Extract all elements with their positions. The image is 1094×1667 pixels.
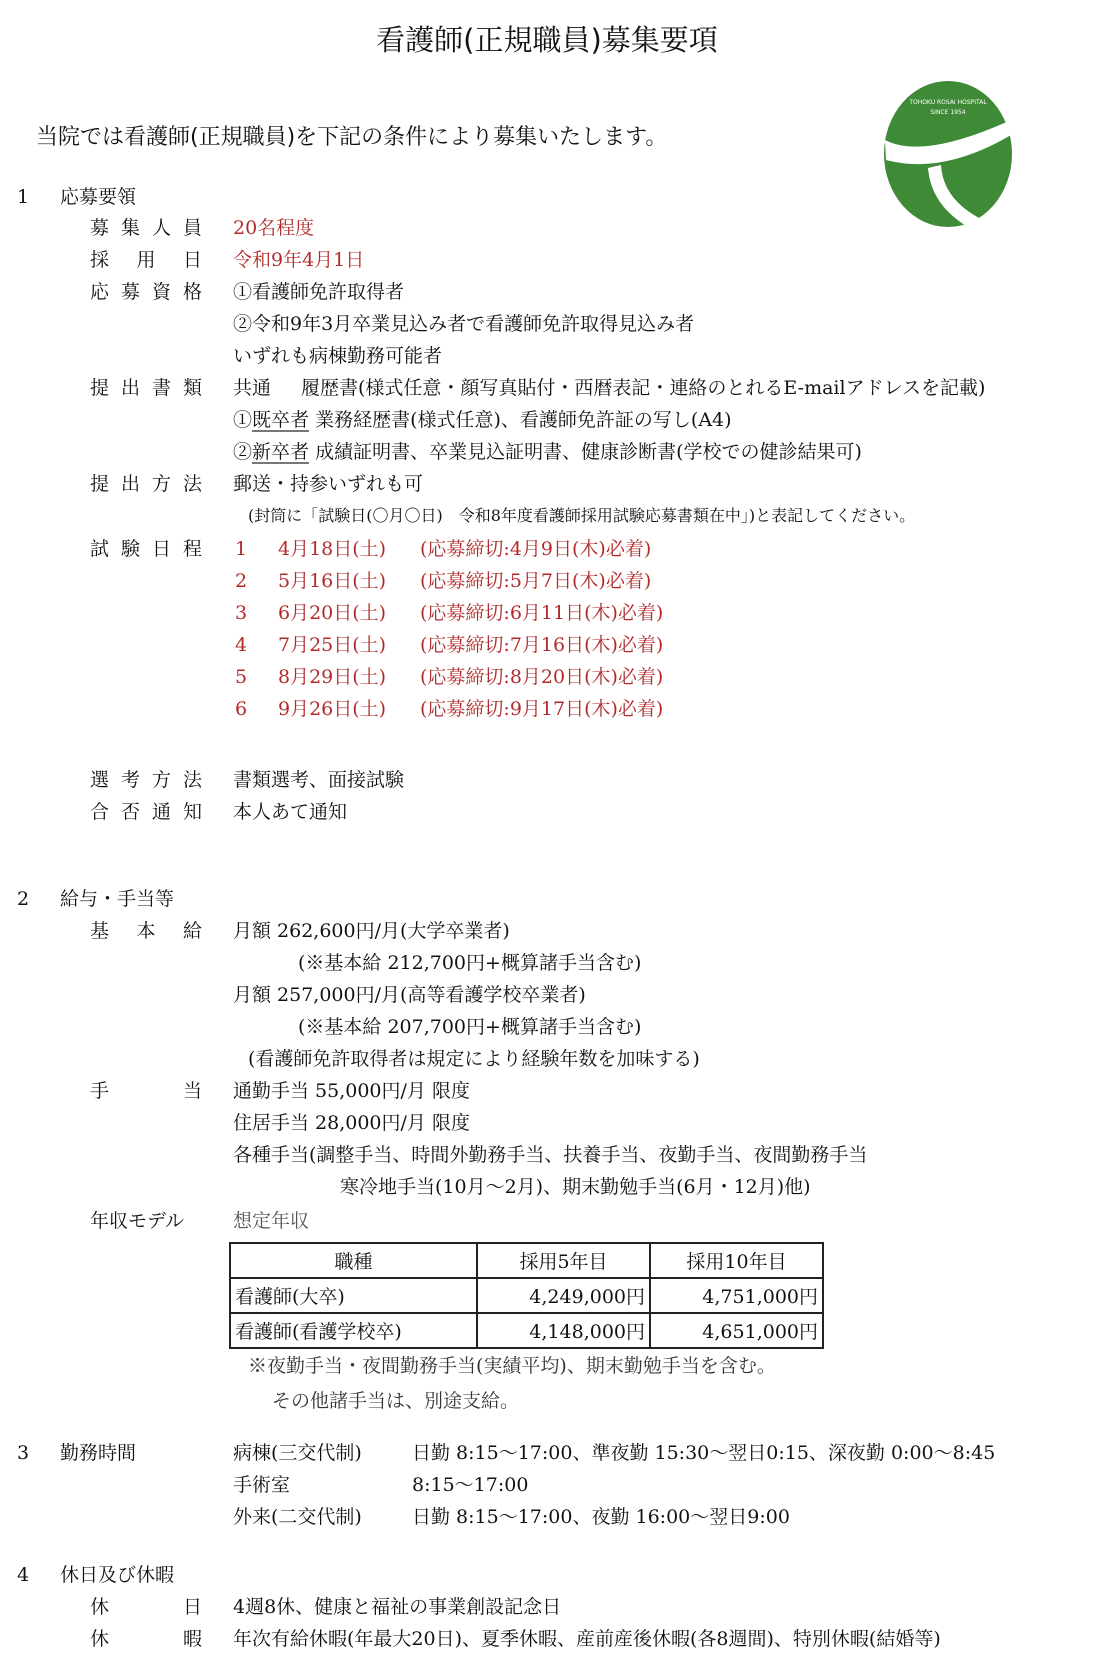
holiday-label: 休日 (90, 1598, 202, 1617)
section3-heading: 勤務時間 (60, 1444, 136, 1463)
holiday-value: 4週8休、健康と福祉の事業創設記念日 (233, 1598, 561, 1617)
exam-no: 6 (235, 700, 247, 719)
income-note: ※夜勤手当・夜間勤務手当(実績平均)、期末勤勉手当を含む。 (248, 1357, 776, 1376)
section2-heading: 給与・手当等 (60, 890, 174, 909)
table-header: 採用5年目 (477, 1243, 650, 1278)
exam-no: 1 (235, 540, 247, 559)
logo-text-line1: TOHOKU ROSAI HOSPITAL (883, 100, 1013, 106)
selection-label: 選考方法 (90, 771, 202, 790)
table-cell: 4,651,000円 (650, 1313, 823, 1348)
exam-date: 5月16日(土) (278, 572, 386, 591)
exam-date: 4月18日(土) (278, 540, 386, 559)
income-model-table: 職種 採用5年目 採用10年目 看護師(大卒) 4,249,000円 4,751… (229, 1242, 824, 1349)
documents-new-tag: 新卒者 (252, 441, 309, 463)
exam-no: 5 (235, 668, 247, 687)
work-hours: 日勤 8:15～17:00、準夜勤 15:30～翌日0:15、深夜勤 0:00～… (412, 1444, 995, 1463)
exam-date: 8月29日(土) (278, 668, 386, 687)
documents-common-text: 履歴書(様式任意・顔写真貼付・西暦表記・連絡のとれるE-mailアドレスを記載) (301, 377, 985, 399)
table-cell: 看護師(看護学校卒) (230, 1313, 477, 1348)
exam-deadline: (応募締切:9月17日(木)必着) (420, 700, 663, 719)
documents-experienced-text: 業務経歴書(様式任意)、看護師免許証の写し(A4) (315, 409, 731, 431)
exam-deadline: (応募締切:4月9日(木)必着) (420, 540, 651, 559)
income-model-caption: 想定年収 (233, 1212, 309, 1231)
qualification-item: ①看護師免許取得者 (233, 283, 404, 302)
leave-label: 休暇 (90, 1630, 202, 1649)
qualification-item: ②令和9年3月卒業見込み者で看護師免許取得見込み者 (233, 315, 694, 334)
work-unit: 手術室 (233, 1476, 290, 1495)
selection-value: 書類選考、面接試験 (233, 771, 404, 790)
logo-text-line2: SINCE 1954 (883, 110, 1013, 116)
exam-date: 9月26日(土) (278, 700, 386, 719)
documents-label: 提出書類 (90, 379, 202, 398)
documents-experienced-tag: 既卒者 (252, 409, 309, 431)
table-row: 看護師(大卒) 4,249,000円 4,751,000円 (230, 1278, 823, 1313)
intro-text: 当院では看護師(正規職員)を下記の条件により募集いたします。 (36, 127, 667, 149)
base-pay-line: (看護師免許取得者は規定により経験年数を加味する) (248, 1050, 700, 1069)
table-cell: 4,148,000円 (477, 1313, 650, 1348)
exam-date: 6月20日(土) (278, 604, 386, 623)
hospital-logo: TOHOKU ROSAI HOSPITAL SINCE 1954 (883, 80, 1013, 228)
documents-common: 共通履歴書(様式任意・顔写真貼付・西暦表記・連絡のとれるE-mailアドレスを記… (233, 379, 985, 398)
work-hours: 日勤 8:15～17:00、夜勤 16:00～翌日9:00 (412, 1508, 790, 1527)
exam-no: 2 (235, 572, 247, 591)
documents-common-prefix: 共通 (233, 377, 271, 399)
exam-deadline: (応募締切:7月16日(木)必着) (420, 636, 663, 655)
documents-new: ②新卒者 成績証明書、卒業見込証明書、健康診断書(学校での健診結果可) (233, 443, 862, 462)
work-hours: 8:15～17:00 (412, 1476, 528, 1495)
income-model-label: 年収モデル (90, 1212, 184, 1231)
table-cell: 看護師(大卒) (230, 1278, 477, 1313)
exam-no: 4 (235, 636, 247, 655)
hire-date-label: 採用日 (90, 251, 202, 270)
documents-new-prefix: ② (233, 441, 252, 463)
recruit-count-label: 募集人員 (90, 219, 202, 238)
notice-label: 合否通知 (90, 803, 202, 822)
section2-number: 2 (17, 890, 29, 909)
documents-experienced-prefix: ① (233, 409, 252, 431)
exam-deadline: (応募締切:8月20日(木)必着) (420, 668, 663, 687)
base-pay-label: 基本給 (90, 922, 202, 941)
base-pay-line: 月額 257,000円/月(高等看護学校卒業者) (233, 986, 586, 1005)
exam-deadline: (応募締切:5月7日(木)必着) (420, 572, 651, 591)
allowance-line: 住居手当 28,000円/月 限度 (233, 1114, 470, 1133)
leave-value: 年次有給休暇(年最大20日)、夏季休暇、産前産後休暇(各8週間)、特別休暇(結婚… (233, 1630, 941, 1649)
table-row: 看護師(看護学校卒) 4,148,000円 4,651,000円 (230, 1313, 823, 1348)
base-pay-line: (※基本給 212,700円+概算諸手当含む) (298, 954, 641, 973)
documents-experienced: ①既卒者 業務経歴書(様式任意)、看護師免許証の写し(A4) (233, 411, 732, 430)
recruit-count-value: 20名程度 (233, 219, 314, 238)
exam-no: 3 (235, 604, 247, 623)
income-note: その他諸手当は、別途支給。 (272, 1392, 519, 1411)
table-header-row: 職種 採用5年目 採用10年目 (230, 1243, 823, 1278)
page-title: 看護師(正規職員)募集要項 (0, 26, 1094, 55)
notice-value: 本人あて通知 (233, 803, 347, 822)
section4-number: 4 (17, 1566, 29, 1585)
allowance-line: 通勤手当 55,000円/月 限度 (233, 1082, 470, 1101)
section4-heading: 休日及び休暇 (60, 1566, 174, 1585)
table-cell: 4,751,000円 (650, 1278, 823, 1313)
hire-date-value: 令和9年4月1日 (233, 251, 364, 270)
section1-heading: 応募要領 (60, 188, 136, 207)
table-cell: 4,249,000円 (477, 1278, 650, 1313)
documents-new-text: 成績証明書、卒業見込証明書、健康診断書(学校での健診結果可) (315, 441, 862, 463)
work-unit: 外来(二交代制) (233, 1508, 362, 1527)
section3-number: 3 (17, 1444, 29, 1463)
base-pay-line: (※基本給 207,700円+概算諸手当含む) (298, 1018, 641, 1037)
table-header: 採用10年目 (650, 1243, 823, 1278)
exam-schedule-label: 試験日程 (90, 540, 202, 559)
work-unit: 病棟(三交代制) (233, 1444, 362, 1463)
allowance-label: 手当 (90, 1082, 202, 1101)
allowance-line: 各種手当(調整手当、時間外勤務手当、扶養手当、夜勤手当、夜間勤務手当 (233, 1146, 867, 1165)
section1-number: 1 (17, 188, 29, 207)
submission-label: 提出方法 (90, 475, 202, 494)
qualification-item: いずれも病棟勤務可能者 (233, 347, 442, 366)
exam-date: 7月25日(土) (278, 636, 386, 655)
exam-deadline: (応募締切:6月11日(木)必着) (420, 604, 663, 623)
submission-value: 郵送・持参いずれも可 (233, 475, 423, 494)
allowance-line: 寒冷地手当(10月～2月)、期末勤勉手当(6月・12月)他) (340, 1178, 811, 1197)
submission-note: (封筒に「試験日(〇月〇日) 令和8年度看護師採用試験応募書類在中」)と表記して… (248, 508, 915, 524)
qualification-label: 応募資格 (90, 283, 202, 302)
base-pay-line: 月額 262,600円/月(大学卒業者) (233, 922, 510, 941)
table-header: 職種 (230, 1243, 477, 1278)
